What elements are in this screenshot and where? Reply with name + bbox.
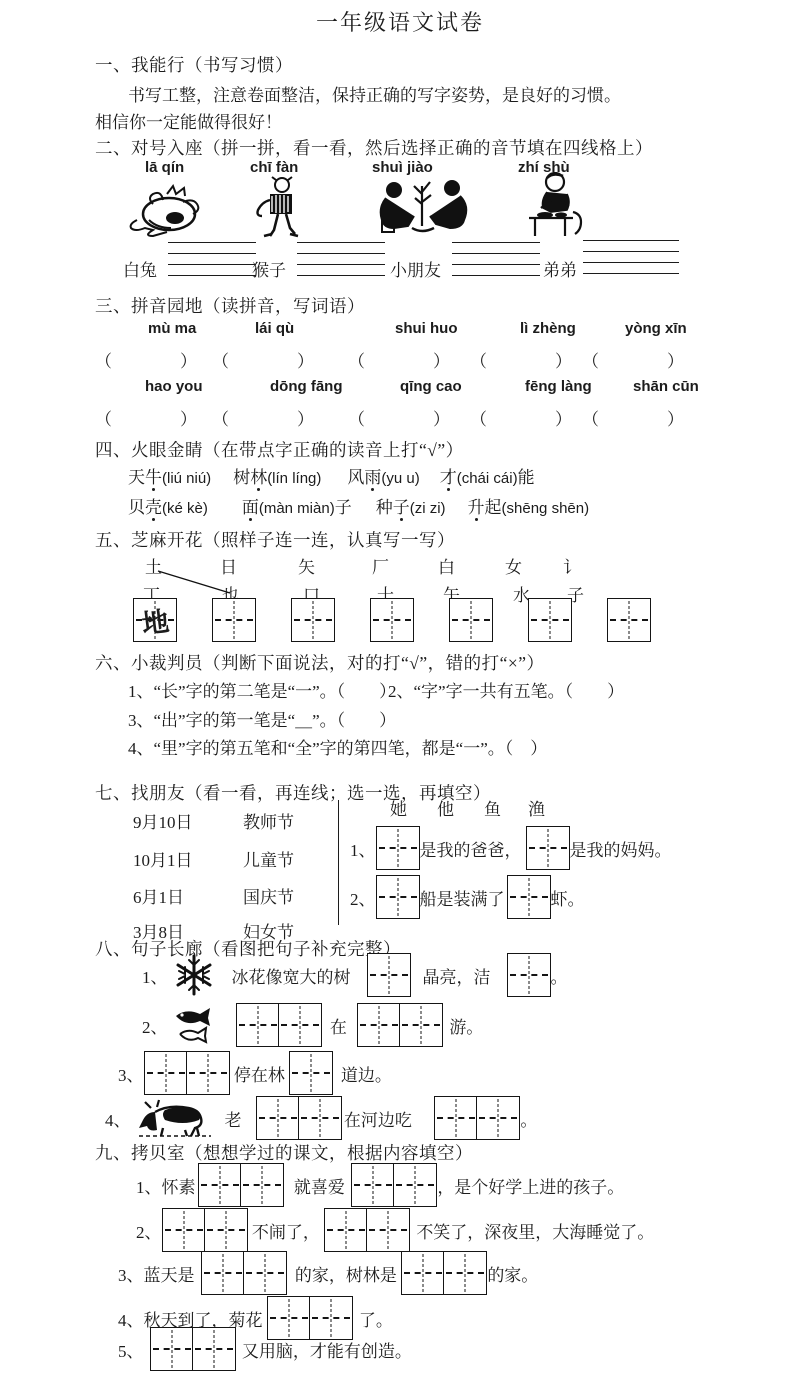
- writing-box-pair: [201, 1251, 287, 1295]
- sentence-text: 怀素: [162, 1173, 196, 1198]
- section1-line1: 书写工整，注意卷面整洁，保持正确的写字姿势，是良好的习惯。: [128, 81, 621, 106]
- recall-item-1: 1、 怀素 就喜爱 ，是个好学上进的孩子。: [136, 1160, 624, 1210]
- answer-blank: （ ）: [95, 347, 197, 372]
- section4-heading: 四、火眼金睛（在带点字正确的读音上打“√”）: [95, 437, 464, 462]
- sentence-item-4: 4、 老 在河边吃 。: [105, 1093, 537, 1143]
- dotted-word: 树林(lín líng): [233, 463, 321, 488]
- dotted-word: 种子(zi zi): [376, 493, 446, 518]
- sentence-text: 不闹了，: [252, 1218, 320, 1243]
- section5-heading: 五、芝麻开花（照样子连一连，认真写一写）: [95, 527, 455, 552]
- reading: (ké kè): [162, 500, 208, 517]
- answer-blank: （ ）: [582, 347, 684, 372]
- writing-box: [351, 1163, 395, 1207]
- word-bank-item: 鱼: [484, 795, 501, 820]
- page-title: 一年级语文试卷: [0, 6, 800, 37]
- syllable: fēng làng: [525, 378, 592, 395]
- writing-box: [212, 598, 256, 642]
- syllable: yòng xīn: [625, 320, 687, 337]
- date-label: 10月1日: [133, 846, 193, 871]
- answer-blank: （ ）: [212, 405, 314, 430]
- sentence-text: 。: [551, 963, 568, 988]
- writing-box: [298, 1096, 342, 1140]
- judge-item-4: 4、“里”字的第五笔和“全”字的第四笔，都是“一”。（ ）: [128, 734, 547, 759]
- children-planting-tree-image: [372, 176, 472, 240]
- reading: (lín líng): [267, 470, 321, 487]
- writing-box: [186, 1051, 230, 1095]
- char: 种: [376, 498, 393, 517]
- example-connecting-line: [152, 567, 238, 597]
- writing-box-pair: [144, 1051, 230, 1095]
- dotted-char: 牛: [145, 468, 162, 487]
- fill-item-1: 1、 是我的爸爸， 是我的妈妈。: [350, 824, 672, 872]
- column-divider: [338, 800, 339, 925]
- pinyin-label: chī fàn: [250, 159, 298, 176]
- syllable: shui huo: [395, 320, 458, 337]
- char: 起: [485, 498, 502, 517]
- writing-box-pair: [401, 1251, 487, 1295]
- judge-item-2: 2、“字”字一共有五笔。（ ）: [388, 677, 624, 702]
- writing-box: [278, 1003, 322, 1047]
- writing-box: [393, 1163, 437, 1207]
- char: 贝: [128, 498, 145, 517]
- dotted-word: 风雨(yu u): [347, 463, 419, 488]
- recall-item-3: 3、 蓝天是 的家，树林是 的家。: [118, 1248, 538, 1298]
- radical: 女: [505, 553, 522, 578]
- boy-eating-image: [525, 172, 587, 240]
- writing-box: [366, 1208, 410, 1252]
- sentence-text: 不笑了，深夜里，大海睡觉了。: [416, 1218, 654, 1243]
- writing-box-pair: [150, 1327, 236, 1371]
- dotted-char: 子: [393, 498, 410, 517]
- writing-box: [528, 598, 572, 642]
- writing-box: [150, 1327, 194, 1371]
- sentence-text: 是我的妈妈。: [570, 836, 672, 861]
- fourline-grid: [297, 242, 385, 276]
- writing-box: [204, 1208, 248, 1252]
- radical: 讠: [563, 553, 580, 578]
- writing-box-pair: [351, 1163, 437, 1207]
- radical: 矢: [298, 553, 315, 578]
- writing-box-pair: [162, 1208, 248, 1252]
- ox-grazing-icon: [137, 1098, 213, 1138]
- writing-box-row: 地: [133, 598, 651, 642]
- syllable: mù ma: [148, 320, 196, 337]
- writing-box: [370, 598, 414, 642]
- sentence-text: 在河边吃: [344, 1106, 412, 1131]
- sleeping-rabbit-image: [123, 180, 207, 238]
- section3-heading: 三、拼音园地（读拼音，写词语）: [95, 293, 365, 318]
- dotted-char: 升: [468, 498, 485, 517]
- char: 树: [233, 468, 250, 487]
- reading: (yu u): [381, 470, 419, 487]
- syllable: dōng fāng: [270, 378, 342, 395]
- word-bank-item: 渔: [528, 795, 545, 820]
- answer-blank: （ ）: [582, 405, 684, 430]
- word-label: 弟弟: [543, 256, 577, 281]
- dotted-char: 雨: [364, 468, 381, 487]
- sentence-text: 就喜爱: [294, 1173, 345, 1198]
- dotted-word: 天牛(liú niú): [128, 463, 211, 488]
- writing-box: [240, 1163, 284, 1207]
- writing-box: [526, 826, 570, 870]
- writing-box: [144, 1051, 188, 1095]
- dotted-char: 才: [440, 468, 457, 487]
- exam-paper: 一年级语文试卷 一、我能行（书写习惯） 书写工整，注意卷面整洁，保持正确的写字姿…: [0, 0, 800, 1374]
- sentence-text: 道边。: [341, 1061, 392, 1086]
- sentence-text: 老: [225, 1106, 242, 1131]
- sentence-text: 的家，树林是: [295, 1261, 397, 1286]
- dotted-word: 升起(shēng shēn): [468, 493, 590, 518]
- reading: (shēng shēn): [502, 500, 590, 517]
- section1-line2: 相信你一定能做得很好！: [95, 108, 282, 133]
- festival-label: 教师节: [243, 808, 294, 833]
- writing-box: [357, 1003, 401, 1047]
- writing-box: [256, 1096, 300, 1140]
- writing-box: [236, 1003, 280, 1047]
- writing-box: [476, 1096, 520, 1140]
- writing-box: [201, 1251, 245, 1295]
- sentence-item-1: 1、 冰花像宽大的树 晶亮，洁 。: [142, 950, 568, 1000]
- item-number: 3、: [118, 1061, 144, 1086]
- dotted-word: 面(màn miàn)子: [242, 493, 352, 518]
- sentence-text: 冰花像宽大的树: [232, 963, 351, 988]
- section4-row1: 天牛(liú niú) 树林(lín líng) 风雨(yu u) 才(chái…: [128, 462, 535, 488]
- syllable: shān cūn: [633, 378, 699, 395]
- writing-box: [376, 826, 420, 870]
- section6-heading: 六、小裁判员（判断下面说法，对的打“√”，错的打“×”）: [95, 650, 545, 675]
- item-number: 1、: [136, 1173, 162, 1198]
- answer-blank: （ ）: [348, 405, 450, 430]
- fourline-grid: [583, 240, 679, 274]
- item-number: 3、: [118, 1261, 144, 1286]
- date-label: 6月1日: [133, 883, 184, 908]
- writing-box: [376, 875, 420, 919]
- writing-box: [291, 598, 335, 642]
- writing-box-pair: [357, 1003, 443, 1047]
- word-bank-item: 他: [437, 795, 454, 820]
- writing-box: [198, 1163, 242, 1207]
- fill-item-2: 2、 船是装满了 虾。: [350, 873, 585, 921]
- writing-box-pair: [256, 1096, 342, 1140]
- item-number: 1、: [350, 836, 376, 861]
- reading: (màn miàn): [259, 500, 335, 517]
- word-label: 小朋友: [390, 256, 441, 281]
- festival-label: 国庆节: [243, 883, 294, 908]
- sentence-text: 晶亮，洁: [423, 963, 491, 988]
- writing-box-pair: [434, 1096, 520, 1140]
- syllable: hao you: [145, 378, 203, 395]
- reading: (chái cái): [457, 470, 518, 487]
- sentence-text: 蓝天是: [144, 1261, 195, 1286]
- writing-box: [443, 1251, 487, 1295]
- sentence-text: 又用脑，才能有创造。: [242, 1337, 412, 1362]
- monkey-accordion-image: [252, 176, 306, 242]
- syllable: qīng cao: [400, 378, 462, 395]
- answer-blank: （ ）: [470, 405, 572, 430]
- sentence-text: 停在林: [234, 1061, 285, 1086]
- writing-box-pair: [324, 1208, 410, 1252]
- sentence-text: 在: [330, 1013, 347, 1038]
- sentence-item-2: 2、 在 游。: [142, 1000, 483, 1050]
- answer-blank: （ ）: [95, 405, 197, 430]
- char: 天: [128, 468, 145, 487]
- writing-box: [449, 598, 493, 642]
- fourline-grid: [168, 242, 256, 276]
- pinyin-label: lā qín: [145, 159, 184, 176]
- word-label: 白兔: [123, 256, 157, 281]
- reading: (liú niú): [162, 470, 211, 487]
- writing-box: [162, 1208, 206, 1252]
- word-bank-item: 她: [390, 795, 407, 820]
- writing-box: 地: [133, 598, 177, 642]
- dotted-char: 林: [250, 468, 267, 487]
- section2-heading: 二、对号入座（拼一拼，看一看，然后选择正确的音节填在四线格上）: [95, 135, 653, 160]
- sentence-text: ，是个好学上进的孩子。: [437, 1173, 624, 1198]
- example-answer: 地: [132, 597, 179, 644]
- date-label: 9月10日: [133, 808, 193, 833]
- sentence-text: 游。: [449, 1013, 483, 1038]
- writing-box: [289, 1051, 333, 1095]
- dotted-word: 贝壳(ké kè): [128, 493, 208, 518]
- answer-blank: （ ）: [212, 347, 314, 372]
- sentence-text: 是我的爸爸，: [420, 836, 522, 861]
- writing-box: [607, 598, 651, 642]
- syllable: lái qù: [255, 320, 294, 337]
- writing-box: [367, 953, 411, 997]
- dotted-word: 才(chái cái)能: [440, 463, 535, 488]
- writing-box: [192, 1327, 236, 1371]
- writing-box: [434, 1096, 478, 1140]
- writing-box: [507, 953, 551, 997]
- writing-box: [324, 1208, 368, 1252]
- answer-blank: （ ）: [348, 347, 450, 372]
- writing-box-pair: [236, 1003, 322, 1047]
- section7-heading: 七、找朋友（看一看，再连线；选一选，再填空）: [95, 780, 491, 805]
- writing-box: [401, 1251, 445, 1295]
- reading: (zi zi): [410, 500, 446, 517]
- sentence-text: 虾。: [551, 885, 585, 910]
- fish-icon: [170, 1004, 216, 1046]
- judge-item-1: 1、“长”字的第二笔是“一”。（ ）: [128, 677, 396, 702]
- sentence-text: 的家。: [487, 1261, 538, 1286]
- item-number: 2、: [136, 1218, 162, 1243]
- radical: 厂: [372, 553, 389, 578]
- sentence-text: 。: [520, 1106, 537, 1131]
- item-number: 4、: [105, 1106, 131, 1131]
- writing-box: [507, 875, 551, 919]
- dotted-char: 面: [242, 498, 259, 517]
- char: 子: [335, 498, 352, 517]
- word-label: 猴子: [252, 256, 286, 281]
- syllable: lì zhèng: [520, 320, 576, 337]
- festival-label: 儿童节: [243, 846, 294, 871]
- writing-box: [243, 1251, 287, 1295]
- writing-box-pair: [198, 1163, 284, 1207]
- snowflake-icon: [172, 953, 216, 997]
- fourline-grid: [452, 242, 540, 276]
- writing-box: [399, 1003, 443, 1047]
- item-number: 5、: [118, 1337, 144, 1362]
- sentence-item-3: 3、 停在林 道边。: [118, 1048, 392, 1098]
- judge-item-3: 3、“出”字的第一笔是“＿”。（ ）: [128, 706, 396, 731]
- char: 风: [347, 468, 364, 487]
- item-number: 1、: [142, 963, 168, 988]
- pinyin-label: shuì jiào: [372, 159, 433, 176]
- item-number: 2、: [350, 885, 376, 910]
- section4-row2: 贝壳(ké kè) 面(màn miàn)子 种子(zi zi) 升起(shēn…: [128, 492, 589, 518]
- radical: 白: [438, 553, 455, 578]
- recall-item-5: 5、 又用脑，才能有创造。: [118, 1324, 412, 1374]
- sentence-text: 船是装满了: [420, 885, 505, 910]
- char: 能: [518, 468, 535, 487]
- section1-heading: 一、我能行（书写习惯）: [95, 52, 293, 77]
- item-number: 2、: [142, 1013, 168, 1038]
- answer-blank: （ ）: [470, 347, 572, 372]
- dotted-char: 壳: [145, 498, 162, 517]
